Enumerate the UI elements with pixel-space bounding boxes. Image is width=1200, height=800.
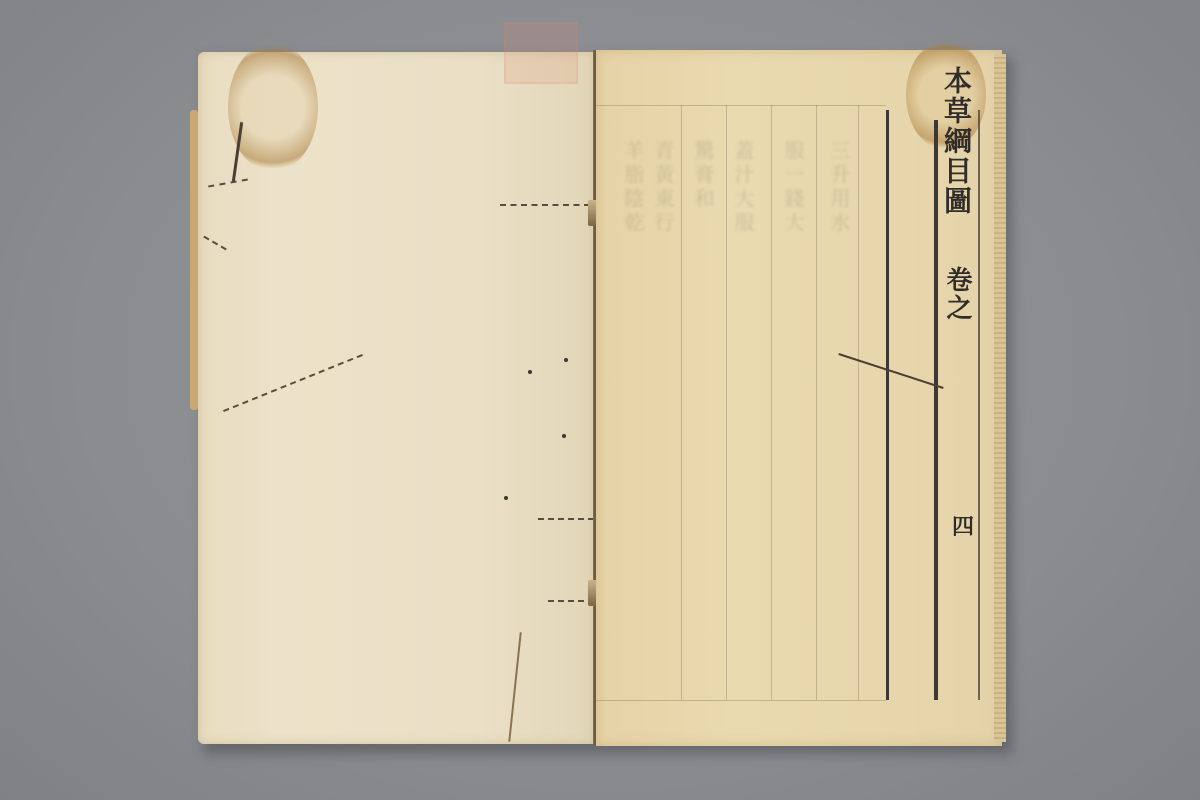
column-rule [771, 105, 772, 700]
wormhole-trail [500, 204, 590, 206]
seal-watermark [504, 22, 578, 84]
wormhole [562, 434, 566, 438]
wormhole [504, 496, 508, 500]
wormhole-trail [538, 518, 594, 520]
border-line [596, 105, 886, 106]
open-book: 羊脂陰乾 青黃東行 驚膏和 蓋汁大服 服一錢大 三升用水 本草綱目圖 卷之 四 [196, 50, 1008, 746]
frame-rule [886, 110, 889, 700]
paper-tear [508, 632, 521, 742]
wormhole [528, 370, 532, 374]
border-line [596, 700, 886, 701]
water-stain [228, 42, 318, 172]
show-through-text: 驚膏和 [696, 140, 718, 212]
right-page-printed: 羊脂陰乾 青黃東行 驚膏和 蓋汁大服 服一錢大 三升用水 本草綱目圖 卷之 四 [596, 50, 1002, 746]
block-title: 本草綱目圖 [940, 66, 976, 216]
wormhole [564, 358, 568, 362]
column-rule [681, 105, 682, 700]
column-rule [726, 105, 727, 700]
page-marker: 四 [952, 510, 974, 541]
show-through-text: 三升用水 [832, 140, 854, 236]
show-through-text: 蓋汁大服 [736, 140, 758, 236]
crack-mark [838, 353, 943, 389]
wormhole-trail [203, 236, 227, 251]
show-through-text: 服一錢大 [786, 140, 808, 236]
column-rule [816, 105, 817, 700]
right-page-stack-edge [994, 54, 1006, 742]
column-rule [858, 105, 859, 700]
show-through-text: 羊脂陰乾 [626, 140, 648, 236]
left-page-blank [198, 52, 594, 744]
volume-label: 卷之 [940, 266, 976, 322]
left-page-stack-edge [190, 110, 198, 410]
show-through-text: 青黃東行 [656, 140, 678, 236]
wormhole-trail [223, 354, 363, 412]
wormhole-trail [208, 179, 248, 188]
frame-rule [978, 110, 980, 700]
